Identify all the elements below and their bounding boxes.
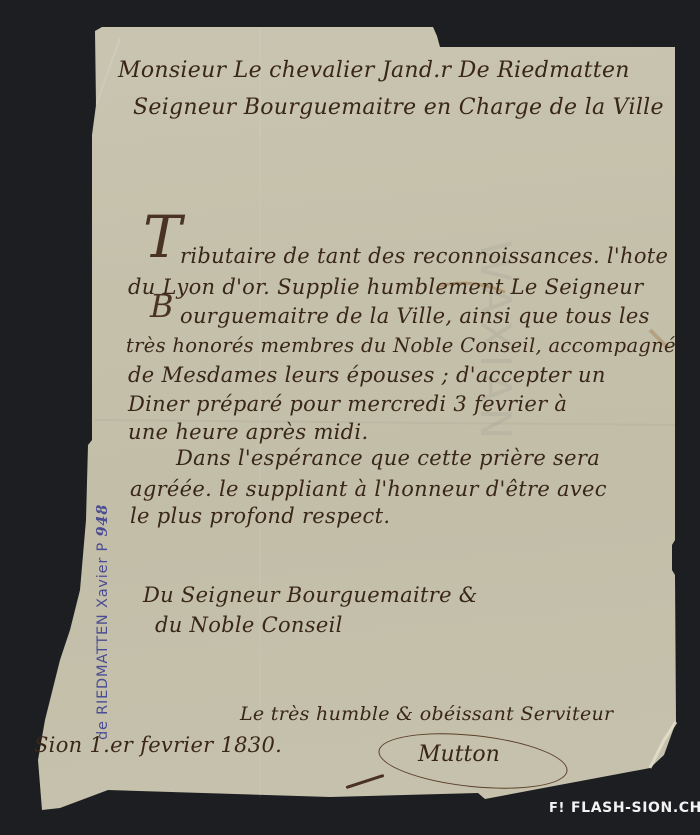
drop-cap-b: B: [150, 290, 174, 322]
archive-stamp: de RIEDMATTEN Xavier P 948: [94, 504, 111, 740]
archive-stamp-number: 948: [94, 504, 111, 537]
flash-sion-watermark: F!FLASH-SION.CH: [549, 800, 700, 816]
place-date: Sion 1.er fevrier 1830.: [34, 733, 282, 757]
closing-line-1: Du Seigneur Bourguemaitre &: [143, 583, 478, 607]
body-line-7: une heure après midi.: [128, 420, 368, 444]
archive-stamp-text: de RIEDMATTEN Xavier P: [95, 542, 111, 740]
drop-cap-t: T: [143, 208, 182, 266]
body-line-6: Diner préparé pour mercredi 3 fevrier à: [128, 392, 567, 416]
address-line-2: Seigneur Bourguemaitre en Charge de la V…: [133, 95, 664, 120]
address-line-1: Monsieur Le chevalier Jand.r De Riedmatt…: [118, 58, 630, 83]
body-line-9: agréée. le suppliant à l'honneur d'être …: [130, 477, 607, 501]
body-line-1: ributaire de tant des reconnoissances. l…: [180, 244, 668, 268]
flash-sion-logo-icon: F!: [549, 801, 565, 816]
body-line-4: très honorés membres du Noble Conseil, a…: [126, 334, 676, 357]
body-line-2: du Lyon d'or. Supplie humblement Le Seig…: [128, 275, 643, 299]
body-line-8: Dans l'espérance que cette prière sera: [176, 446, 600, 470]
signature: Mutton: [418, 742, 500, 767]
watermark-text: FLASH-SION.CH: [571, 800, 700, 816]
body-line-10: le plus profond respect.: [130, 504, 390, 528]
closing-line-2: du Noble Conseil: [155, 613, 343, 637]
body-line-5: de Mesdames leurs épouses ; d'accepter u…: [128, 363, 606, 387]
closing-line-3: Le très humble & obéissant Serviteur: [240, 703, 613, 725]
body-line-3: ourguemaitre de la Ville, ainsi que tous…: [180, 304, 650, 328]
